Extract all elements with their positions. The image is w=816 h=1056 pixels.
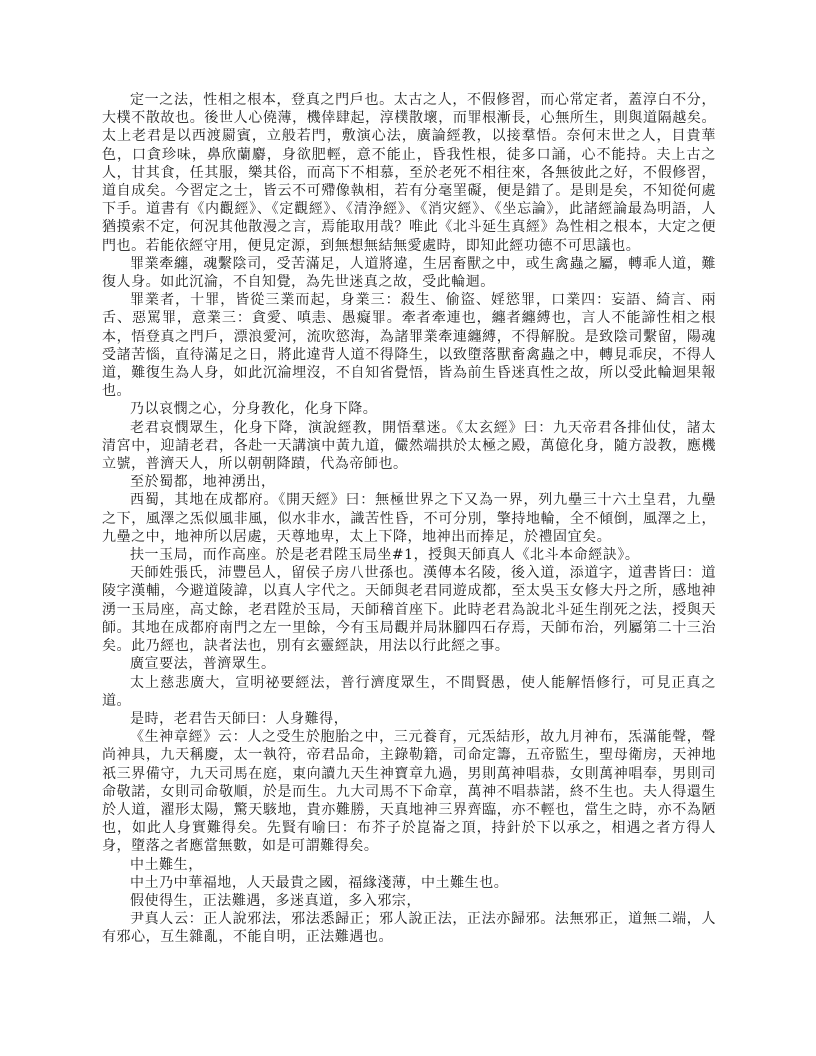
paragraph-human-body-rare: 是時，老君告天師曰：人身難得， [102,710,716,728]
paragraph-yin-zhenren: 尹真人云：正人說邪法，邪法悉歸正；邪人說正法，正法亦歸邪。法無邪正，道無二端，人… [102,910,716,946]
paragraph-celestial-master: 天師姓張氏，沛豐邑人，留侯子房八世孫也。漢傳本名陵，後入道，添道字，道書皆曰：道… [102,564,716,655]
paragraph-western-shu: 西蜀，其地在成都府。《開天經》曰：無極世界之下又為一界，列九壘三十六土皇君，九壘… [102,491,716,546]
paragraph-proclaim-law: 廣宣要法，普濟眾生。 [102,655,716,673]
paragraph-middle-land: 中土難生， [102,856,716,874]
paragraph-ten-sins: 罪業者，十罪，皆從三業而起，身業三：殺生、偷盜、婬慾罪，口業四：妄語、綺言、兩舌… [102,291,716,400]
document-page: 定一之法，性相之根本，登真之門戶也。太古之人，不假修習，而心常定者，蓋淳白不分，… [102,91,716,947]
paragraph-sin-entanglement: 罪業牽纏，魂繫陰司，受苦滿足，人道將違，生居畜獸之中，或生禽蟲之屬，轉乖人道，難… [102,255,716,291]
paragraph-taishang-mercy: 太上慈悲廣大，宣明祕要經法，普行濟度眾生，不間賢愚，使人能解悟修行，可見正真之道… [102,674,716,710]
paragraph-shengshen-scripture: 《生神章經》云：人之受生於胞胎之中，三元養育，元炁結形，故九月神布，炁滿能聲，聲… [102,728,716,855]
paragraph-true-law-rare: 假使得生，正法難遇，多迷真道，多入邪宗， [102,892,716,910]
paragraph-compassion: 乃以哀憫之心，分身教化，化身下降。 [102,400,716,418]
paragraph-shu-capital: 至於蜀都，地神湧出， [102,473,716,491]
paragraph-jade-bureau: 扶一玉局，而作高座。於是老君陞玉局坐#1，授與天師真人《北斗本命經訣》。 [102,546,716,564]
paragraph-laojun-descends: 老君哀憫眾生，化身下降，演說經教，開悟羣迷。《太玄經》曰：九天帝君各排仙仗，諸太… [102,419,716,474]
paragraph-intro-dingyi: 定一之法，性相之根本，登真之門戶也。太古之人，不假修習，而心常定者，蓋淳白不分，… [102,91,716,255]
paragraph-middle-land-blessed: 中土乃中華福地，人天最貴之國，福緣淺薄，中土難生也。 [102,874,716,892]
